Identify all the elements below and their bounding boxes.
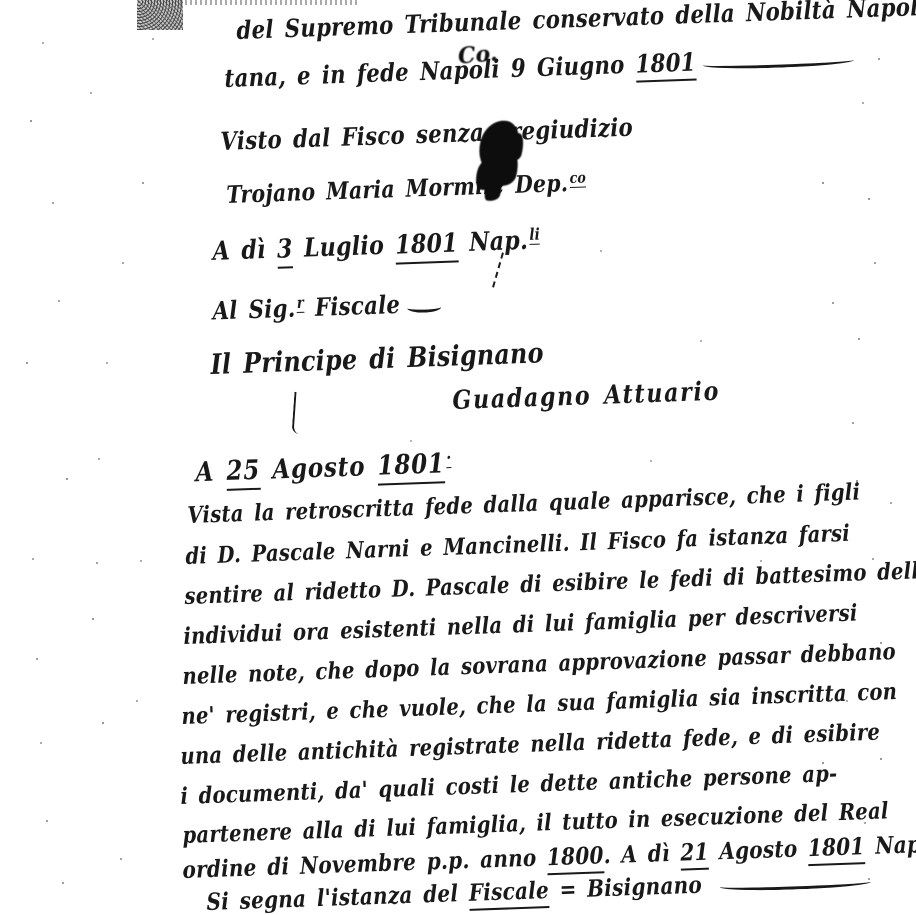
text-segment: co	[569, 168, 586, 188]
text-segment: Agosto	[708, 834, 808, 865]
underlined-text-segment: 1800	[547, 841, 605, 875]
text-segment: Visto dal Fisco senza pregiudizio	[220, 113, 633, 156]
text-segment: tana, e in fede Napoli 9 Giugno	[224, 50, 636, 93]
text-segment: Agosto	[260, 451, 379, 486]
manuscript-page: del Supremo Tribunale conservato della N…	[0, 0, 916, 915]
manuscript-line: Trojano Maria Mormile Dep.co	[226, 167, 586, 209]
text-segment: A	[195, 456, 227, 488]
manuscript-line: Vista la retroscritta fede dalla quale a…	[187, 479, 861, 529]
ink-blot-co-label: Co.	[457, 40, 499, 69]
flourish-dash	[719, 871, 871, 892]
manuscript-line: A 25 Agosto 1801·	[195, 447, 452, 488]
underlined-text-segment: Fiscale	[468, 876, 549, 911]
text-segment: Luglio	[292, 230, 396, 264]
manuscript-line: Guadagno Attuario	[452, 377, 721, 416]
text-segment: Fiscale	[303, 290, 400, 322]
underlined-text-segment: 1801	[395, 228, 459, 264]
manuscript-line: Visto dal Fisco senza pregiudizio	[220, 113, 633, 156]
text-segment: del Supremo Tribunale conservato della N…	[236, 0, 916, 45]
text-segment: Guadagno Attuario	[452, 377, 721, 416]
text-segment: li	[529, 225, 540, 245]
text-segment: = Bisignano	[548, 870, 713, 904]
text-segment: A dì	[212, 235, 277, 267]
manuscript-line: Il Principe di Bisignano	[210, 336, 544, 381]
pen-flourish-dashed	[492, 252, 504, 287]
ink-blot-co: Co.	[457, 40, 499, 69]
underlined-text-segment: 1801	[635, 48, 696, 83]
text-segment: . A dì	[603, 839, 681, 870]
text-segment: Al Sig.	[212, 294, 296, 326]
text-segment: Nap.	[457, 226, 528, 258]
manuscript-line: tana, e in fede Napoli 9 Giugno 1801	[224, 42, 854, 93]
underlined-text-segment: 25	[226, 455, 261, 491]
underlined-text-segment: 3	[276, 234, 293, 269]
underlined-text-segment: 1801	[807, 832, 865, 866]
underlined-text-segment: 21	[680, 838, 709, 871]
manuscript-line: A dì 3 Luglio 1801 Nap.li	[212, 225, 541, 267]
flourish-dash	[702, 48, 854, 70]
manuscript-line: Al Sig.r Fiscale	[212, 288, 441, 325]
text-segment: Trojano Maria Mormile Dep.	[226, 168, 569, 209]
flourish-dash	[407, 295, 442, 313]
text-segment: Napoli	[864, 829, 916, 860]
text-segment: Si segna l'istanza del	[206, 879, 469, 915]
scan-edge-artifact	[137, 0, 183, 30]
manuscript-line: del Supremo Tribunale conservato della N…	[236, 0, 916, 45]
scan-edge-strip	[180, 0, 360, 5]
text-segment: ·	[446, 447, 452, 468]
text-segment: Il Principe di Bisignano	[210, 336, 544, 381]
pen-flourish-descender	[292, 392, 303, 434]
underlined-text-segment: 1801	[377, 448, 445, 485]
text-segment: Vista la retroscritta fede dalla quale a…	[187, 479, 861, 529]
